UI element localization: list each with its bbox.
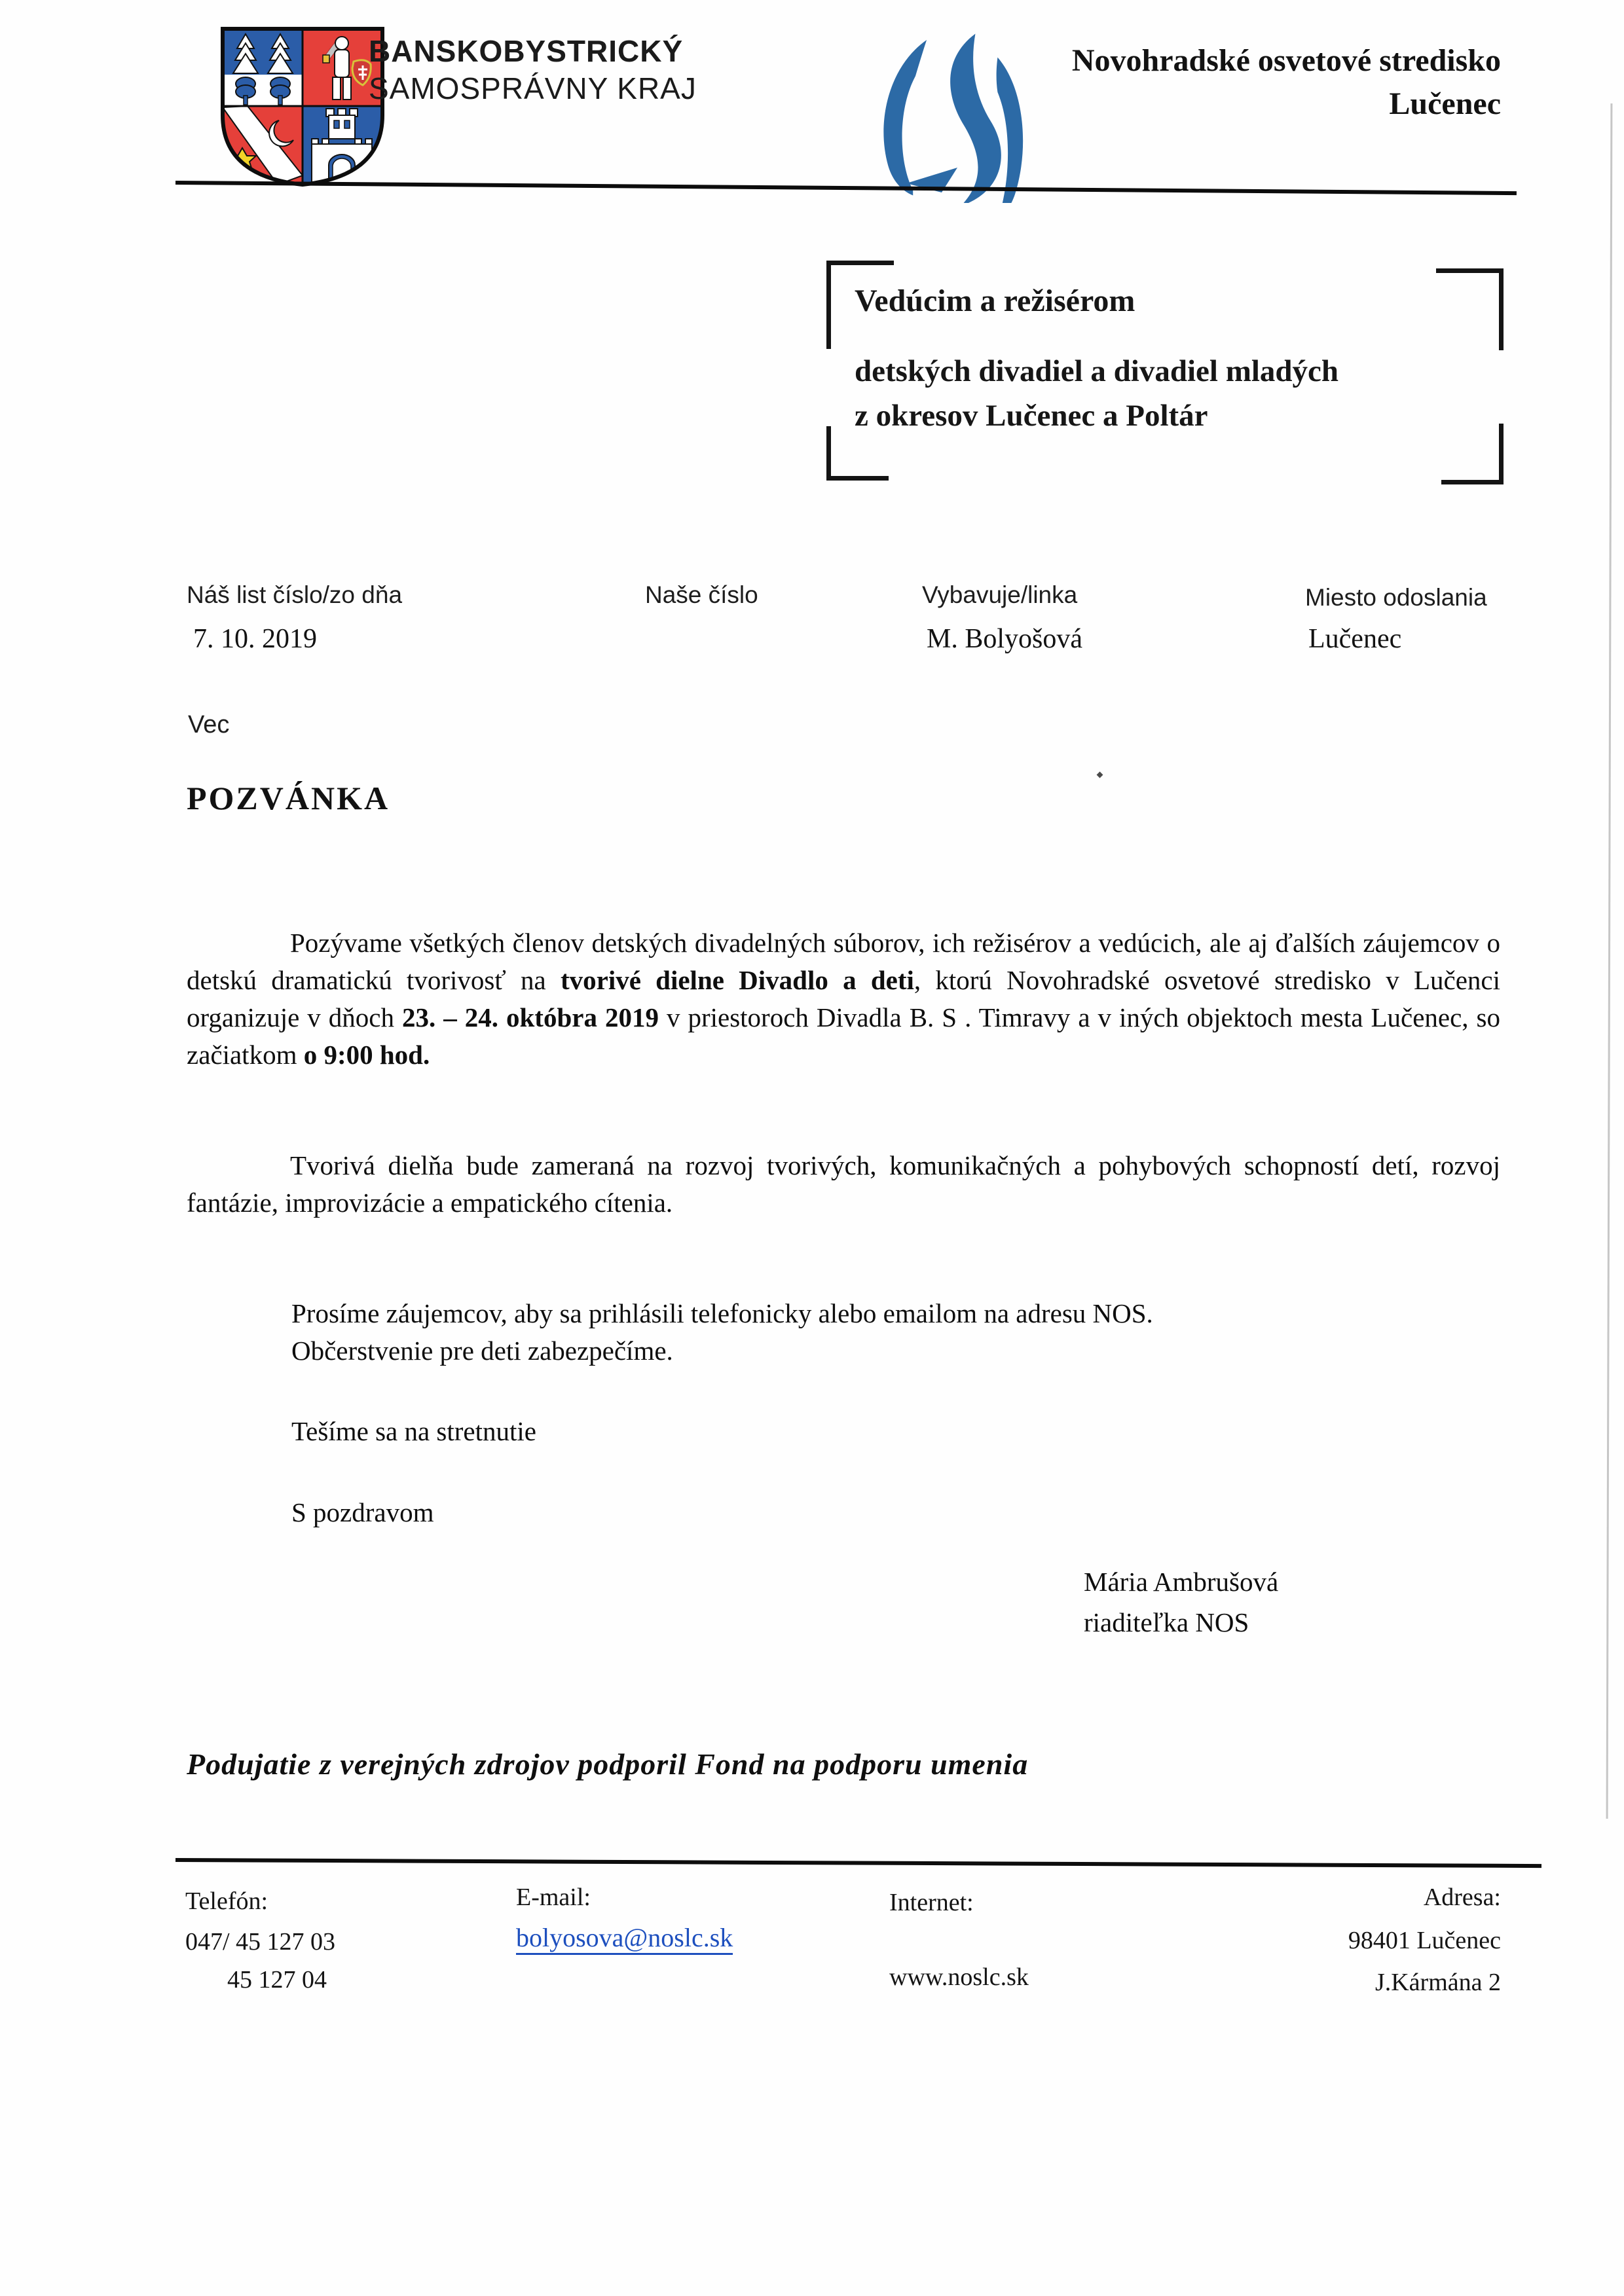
- footer-internet-label: Internet:: [889, 1888, 974, 1917]
- para1-seg-bold-time: o 9:00 hod.: [304, 1040, 430, 1070]
- nos-logo-icon: [866, 27, 1044, 203]
- scan-dot-artifact: [1097, 772, 1103, 778]
- email-link[interactable]: bolyosova@noslc.sk: [516, 1922, 733, 1955]
- org-name-left: BANSKOBYSTRICKÝ SAMOSPRÁVNY KRAJ: [369, 33, 697, 107]
- footer-email-label: E-mail:: [516, 1883, 591, 1912]
- org-name-left-line2: SAMOSPRÁVNY KRAJ: [369, 70, 697, 107]
- ref-label-handled-by: Vybavuje/linka: [922, 581, 1077, 609]
- footer-website: www.noslc.sk: [889, 1963, 1029, 1992]
- footer-phone-2: 45 127 04: [227, 1965, 327, 1994]
- closing-line-2: S pozdravom: [291, 1494, 434, 1531]
- ref-value-place: Lučenec: [1308, 623, 1401, 655]
- org-name-right-line2: Lučenec: [1072, 82, 1501, 126]
- ref-label-our-letter: Náš list číslo/zo dňa: [187, 581, 402, 609]
- subject-title: POZVÁNKA: [187, 779, 390, 817]
- footer-address-block: Adresa: 98401 Lučenec J.Kármána 2: [1348, 1883, 1501, 1997]
- scanned-letter-page: BANSKOBYSTRICKÝ SAMOSPRÁVNY KRAJ Novohra…: [0, 0, 1624, 2296]
- org-name-right-line1: Novohradské osvetové stredisko: [1072, 39, 1501, 82]
- corner-mark-top-right: [1436, 268, 1504, 350]
- ref-label-our-number: Naše číslo: [645, 581, 758, 609]
- para3-line1: Prosíme záujemcov, aby sa prihlásili tel…: [291, 1295, 1536, 1332]
- signature-role: riaditeľka NOS: [1084, 1602, 1278, 1643]
- footer-phone-1: 047/ 45 127 03: [185, 1927, 335, 1956]
- corner-mark-bottom-left: [826, 426, 889, 481]
- body-paragraph-1: Pozývame všetkých členov detských divade…: [187, 924, 1500, 1074]
- recipient-line1: Vedúcim a režisérom: [855, 283, 1135, 319]
- ref-label-place: Miesto odoslania: [1305, 584, 1487, 611]
- subject-label: Vec: [188, 711, 229, 739]
- org-name-left-line1: BANSKOBYSTRICKÝ: [369, 33, 697, 70]
- body-paragraph-2: Tvorivá dielňa bude zameraná na rozvoj t…: [187, 1147, 1500, 1222]
- recipient-line2: detských divadiel a divadiel mladých: [855, 354, 1338, 389]
- ref-value-date: 7. 10. 2019: [193, 623, 317, 655]
- signature-block: Mária Ambrušová riaditeľka NOS: [1084, 1561, 1278, 1643]
- ref-value-handled-by: M. Bolyošová: [927, 623, 1082, 655]
- footer-rule: [175, 1858, 1541, 1868]
- corner-mark-bottom-right: [1441, 424, 1504, 484]
- coat-of-arms: [216, 24, 389, 191]
- para1-seg-bold-workshop: tvorivé dielne Divadlo a deti: [561, 965, 914, 995]
- org-name-right: Novohradské osvetové stredisko Lučenec: [1072, 39, 1501, 126]
- footer-address-line2: J.Kármána 2: [1348, 1968, 1501, 1997]
- footer-phone-label: Telefón:: [185, 1887, 268, 1916]
- scan-line-artifact: [1606, 103, 1613, 1819]
- footer-address-line1: 98401 Lučenec: [1348, 1926, 1501, 1955]
- body-paragraph-3: Prosíme záujemcov, aby sa prihlásili tel…: [291, 1295, 1536, 1370]
- signature-name: Mária Ambrušová: [1084, 1561, 1278, 1602]
- closing-line-1: Tešíme sa na stretnutie: [291, 1413, 536, 1450]
- footer-address-label: Adresa:: [1348, 1883, 1501, 1912]
- funding-note: Podujatie z verejných zdrojov podporil F…: [187, 1747, 1028, 1781]
- recipient-line3: z okresov Lučenec a Poltár: [855, 398, 1208, 433]
- para1-seg-bold-date: 23. – 24. októbra 2019: [402, 1002, 659, 1032]
- para3-line2: Občerstvenie pre deti zabezpečíme.: [291, 1332, 1536, 1370]
